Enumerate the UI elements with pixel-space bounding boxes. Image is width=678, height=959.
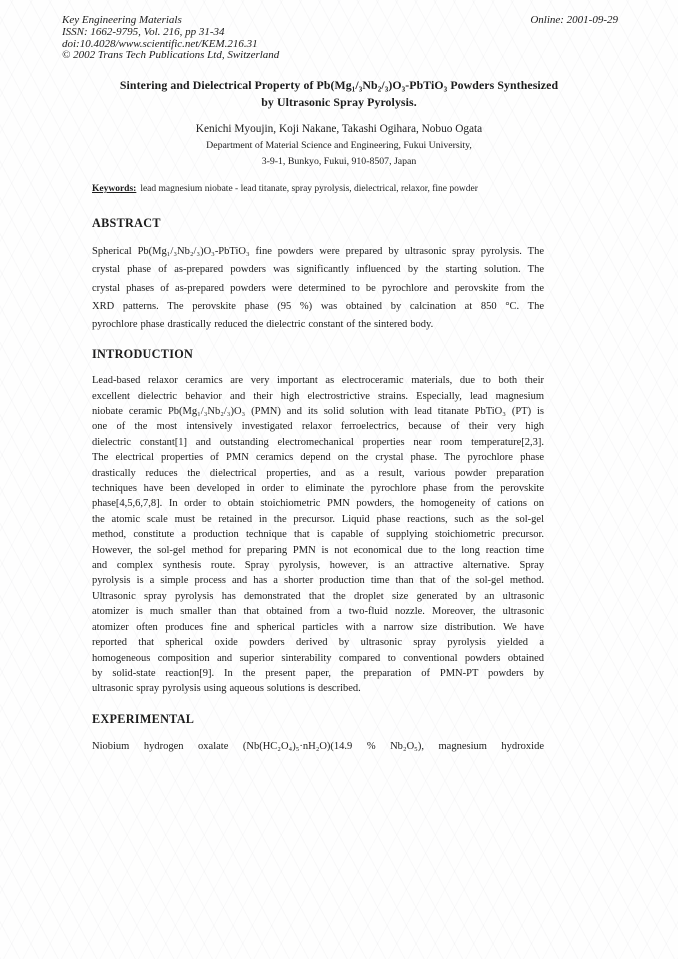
paper-title-line-2: by Ultrasonic Spray Pyrolysis. bbox=[0, 94, 678, 111]
keywords-line: Keywords:lead magnesium niobate - lead t… bbox=[92, 183, 592, 195]
experimental-paragraph: Niobium hydrogen oxalate (Nb(HC₂O₄)₅·nH₂… bbox=[92, 739, 544, 754]
affiliation-department: Department of Material Science and Engin… bbox=[0, 140, 678, 152]
introduction-heading: INTRODUCTION bbox=[92, 347, 678, 361]
authors-line: Kenichi Myoujin, Koji Nakane, Takashi Og… bbox=[0, 122, 678, 136]
text-line: niobate ceramic Pb(Mg₁/₃Nb₂/₃)O₃ (PMN) a… bbox=[92, 404, 544, 419]
journal-header: Key Engineering Materials ISSN: 1662-979… bbox=[0, 15, 678, 62]
issn-volume-line: ISSN: 1662-9795, Vol. 216, pp 31-34 bbox=[62, 27, 279, 39]
text-line: the atomic scale must be retained in the… bbox=[92, 512, 544, 527]
text-line: drastically reduces the dielectrical pro… bbox=[92, 466, 544, 481]
text-line: by solid-state reaction[9]. In the prese… bbox=[92, 666, 544, 681]
abstract-paragraph: Spherical Pb(Mg₁/₃Nb₂/₃)O₃-PbTiO₃ fine p… bbox=[92, 243, 544, 334]
introduction-paragraph: Lead-based relaxor ceramics are very imp… bbox=[92, 373, 544, 697]
text-line: homogeneous composition and superior sin… bbox=[92, 651, 544, 666]
affiliation-address: 3-9-1, Bunkyo, Fukui, 910-8507, Japan bbox=[0, 156, 678, 168]
text-line: and complex synthesis route. Spray pyrol… bbox=[92, 558, 544, 573]
text-line: reported that spherical oxide powders de… bbox=[92, 635, 544, 650]
text-line: one of the most intensively investigated… bbox=[92, 419, 544, 434]
abstract-heading: ABSTRACT bbox=[92, 216, 678, 230]
keywords-label: Keywords: bbox=[92, 184, 136, 194]
text-line: pyrochlore phase drastically reduced the… bbox=[92, 316, 544, 334]
text-line: Ultrasonic spray pyrolysis has demonstra… bbox=[92, 589, 544, 604]
text-line: crystal phase of as-prepared powders was… bbox=[92, 261, 544, 279]
experimental-heading: EXPERIMENTAL bbox=[92, 712, 678, 726]
text-line: Lead-based relaxor ceramics are very imp… bbox=[92, 373, 544, 388]
text-line: method, constitute a production techniqu… bbox=[92, 527, 544, 542]
text-line: excellent dielectric behavior and their … bbox=[92, 389, 544, 404]
copyright-line: © 2002 Trans Tech Publications Ltd, Swit… bbox=[62, 50, 279, 62]
paper-title-line-1: Sintering and Dielectrical Property of P… bbox=[0, 77, 678, 94]
text-line: atomizer is much smaller than that obtai… bbox=[92, 604, 544, 619]
paper-title: Sintering and Dielectrical Property of P… bbox=[0, 77, 678, 111]
text-line: Spherical Pb(Mg₁/₃Nb₂/₃)O₃-PbTiO₃ fine p… bbox=[92, 243, 544, 261]
online-date: Online: 2001-09-29 bbox=[530, 15, 618, 27]
text-line: XRD patterns. The perovskite phase (95 %… bbox=[92, 298, 544, 316]
text-line: ultrasonic spray pyrolysis using aqueous… bbox=[92, 681, 544, 696]
text-line: phase[4,5,6,7,8]. In order to obtain sto… bbox=[92, 496, 544, 511]
keywords-text: lead magnesium niobate - lead titanate, … bbox=[140, 184, 478, 194]
text-line: pyrolysis is a simple process and has a … bbox=[92, 573, 544, 588]
text-line: The electrical properties of PMN ceramic… bbox=[92, 450, 544, 465]
text-line: Niobium hydrogen oxalate (Nb(HC₂O₄)₅·nH₂… bbox=[92, 739, 544, 754]
journal-header-left: Key Engineering Materials ISSN: 1662-979… bbox=[62, 15, 279, 62]
text-line: dielectric constant[1] and outstanding e… bbox=[92, 435, 544, 450]
text-line: However, the sol-gel method for preparin… bbox=[92, 543, 544, 558]
text-line: techniques have been developed in order … bbox=[92, 481, 544, 496]
text-line: atomizer often produces fine and spheric… bbox=[92, 620, 544, 635]
scanned-paper-page: Key Engineering Materials ISSN: 1662-979… bbox=[0, 0, 678, 959]
text-line: crystal phases of as-prepared powders we… bbox=[92, 280, 544, 298]
